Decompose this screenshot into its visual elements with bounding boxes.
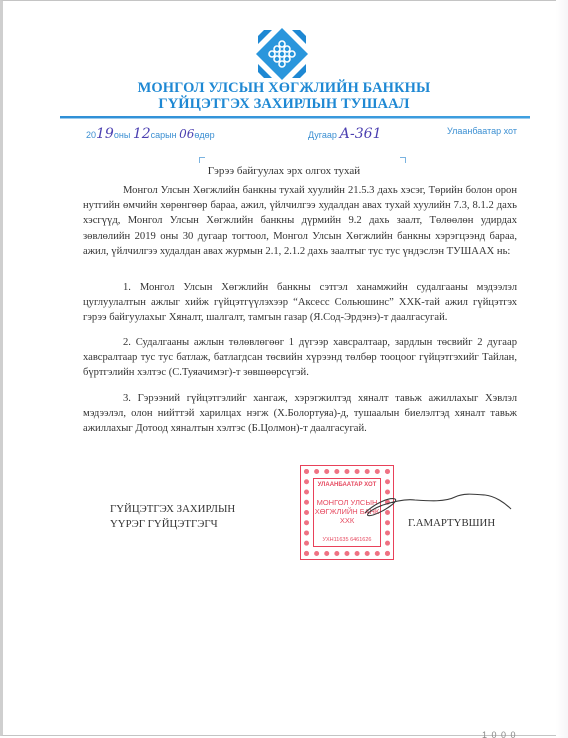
header-title-line2: ГҮЙЦЭТГЭХ ЗАХИРЛЫН ТУШААЛ (0, 96, 568, 113)
header-divider-thin (60, 118, 530, 119)
signatory-title-line2: ҮҮРЭГ ГҮЙЦЭТГЭГЧ (110, 518, 218, 530)
order-subject: Гэрээ байгуулах эрх олгох тухай (0, 165, 568, 177)
header-title-line1: МОНГОЛ УЛСЫН ХӨГЖЛИЙН БАНКНЫ (0, 80, 568, 97)
seal-registration: УХН11635 6461626 (314, 537, 380, 543)
month-suffix: сарын (151, 130, 177, 140)
year-suffix: оны (114, 130, 130, 140)
preamble-paragraph: Монгол Улсын Хөгжлийн банкны тухай хуули… (83, 183, 517, 259)
signatory-name: Г.АМАРТҮВШИН (408, 517, 495, 529)
order-item-2: 2. Судалгааны ажлын төлөвлөгөөг 1 дүгээр… (83, 335, 517, 381)
subject-corner-left (199, 157, 205, 163)
order-number: Дугаар А-361 (308, 126, 381, 142)
order-item-3: 3. Гэрээний гүйцэтгэлийг хангаж, хэрэгжи… (83, 391, 517, 437)
day-suffix: өдөр (194, 130, 214, 140)
order-item-1: 1. Монгол Улсын Хөгжлийн банкны сэтгэл х… (83, 280, 517, 326)
day-handwritten: 06 (179, 127, 194, 141)
number-handwritten: А-361 (339, 126, 381, 142)
subject-corner-right (400, 157, 406, 163)
page-number-fragment: 1 0 0 0 (482, 730, 517, 738)
endless-knot-diamond-icon (250, 22, 314, 86)
month-handwritten: 12 (133, 126, 151, 142)
signatory-title-line1: ГҮЙЦЭТГЭХ ЗАХИРЛЫН (110, 503, 235, 515)
number-label: Дугаар (308, 130, 337, 140)
year-handwritten: 19 (96, 126, 114, 142)
city-label: Улаанбаатар хот (447, 126, 517, 136)
year-prefix: 20 (86, 130, 96, 140)
order-date: 2019оны 12сарын 06өдөр (86, 126, 215, 142)
